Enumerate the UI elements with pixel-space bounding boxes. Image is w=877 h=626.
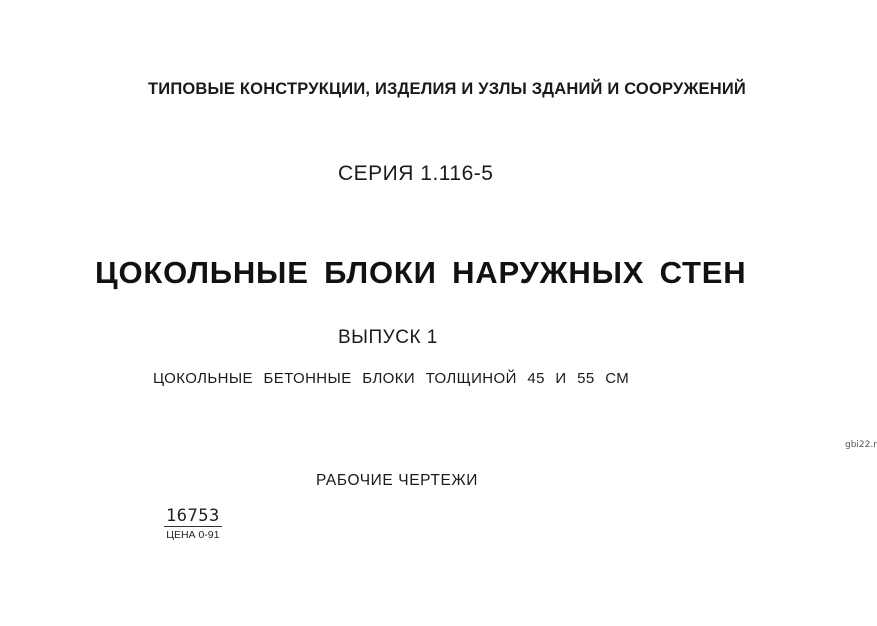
- document-title: Цокольные блоки наружных стен: [95, 255, 746, 291]
- document-subtitle: Цокольные бетонные блоки толщиной 45 и 5…: [153, 370, 629, 387]
- price-label: Цена 0-91: [164, 529, 222, 541]
- working-drawings-label: Рабочие чертежи: [316, 472, 478, 490]
- header-caption: Типовые конструкции, изделия и узлы здан…: [148, 80, 746, 99]
- series-label: Серия 1.116-5: [338, 162, 493, 186]
- catalog-stamp: 16753 Цена 0-91: [164, 508, 222, 541]
- catalog-number: 16753: [164, 508, 222, 527]
- issue-label: Выпуск 1: [338, 327, 438, 349]
- watermark: gbi22.ru: [845, 440, 877, 450]
